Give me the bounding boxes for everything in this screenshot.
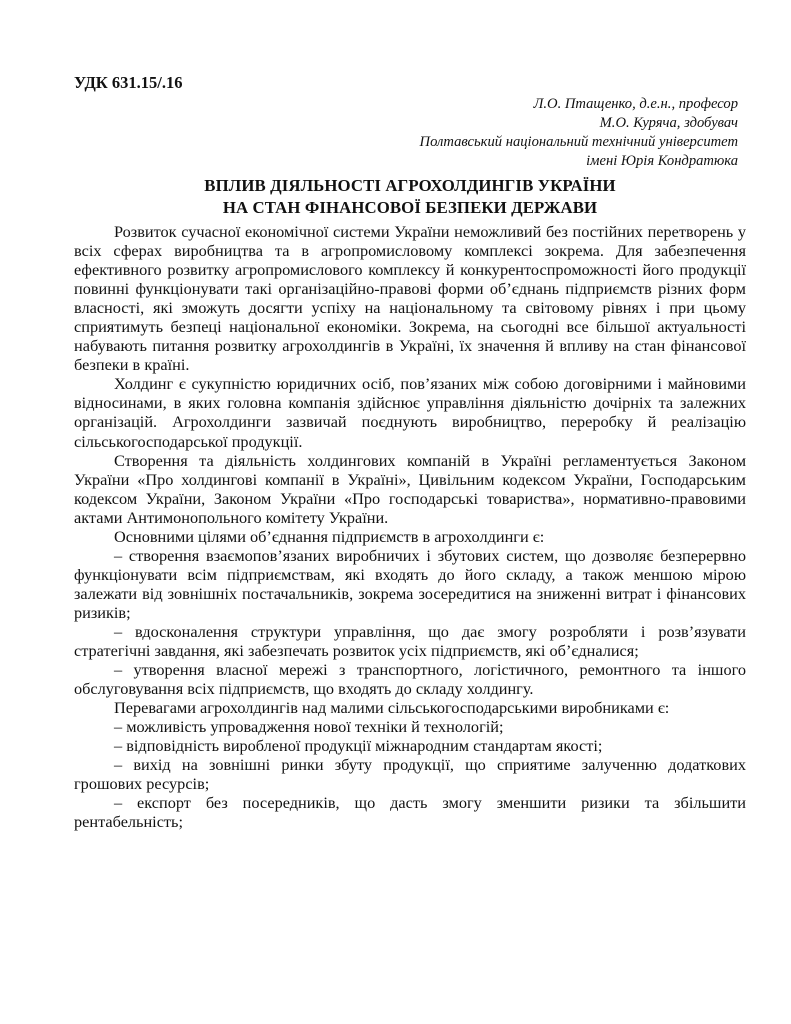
list-item-advantage-4: – експорт без посередників, що дасть змо… bbox=[74, 793, 746, 831]
title-line-2: НА СТАН ФІНАНСОВОЇ БЕЗПЕКИ ДЕРЖАВИ bbox=[74, 197, 746, 219]
author-2: М.О. Куряча, здобувач bbox=[420, 114, 738, 133]
author-1: Л.О. Птащенко, д.е.н., професор bbox=[420, 95, 738, 114]
paragraph-intro: Розвиток сучасної економічної системи Ук… bbox=[74, 222, 746, 374]
article-body: Розвиток сучасної економічної системи Ук… bbox=[74, 222, 746, 832]
list-item-advantage-2: – відповідність виробленої продукції між… bbox=[74, 736, 746, 755]
list-item-goal-3: – утворення власної мережі з транспортно… bbox=[74, 660, 746, 698]
affiliation: Полтавський національний технічний уніве… bbox=[420, 133, 738, 152]
title-line-1: ВПЛИВ ДІЯЛЬНОСТІ АГРОХОЛДИНГІВ УКРАЇНИ bbox=[74, 175, 746, 197]
author-block: Л.О. Птащенко, д.е.н., професор М.О. Кур… bbox=[420, 95, 738, 171]
affiliation-name: імені Юрія Кондратюка bbox=[420, 152, 738, 171]
list-item-advantage-1: – можливість упровадження нової техніки … bbox=[74, 717, 746, 736]
paragraph-advantages-intro: Перевагами агрохолдингів над малими сіль… bbox=[74, 698, 746, 717]
article-title: ВПЛИВ ДІЯЛЬНОСТІ АГРОХОЛДИНГІВ УКРАЇНИ Н… bbox=[74, 175, 746, 219]
paragraph-goals-intro: Основними цілями об’єднання підприємств … bbox=[74, 527, 746, 546]
udk-code: УДК 631.15/.16 bbox=[74, 73, 182, 93]
list-item-goal-1: – створення взаємопов’язаних виробничих … bbox=[74, 546, 746, 622]
list-item-advantage-3: – вихід на зовнішні ринки збуту продукці… bbox=[74, 755, 746, 793]
paragraph-legal-basis: Створення та діяльність холдингових комп… bbox=[74, 451, 746, 527]
list-item-goal-2: – вдосконалення структури управління, що… bbox=[74, 622, 746, 660]
paragraph-holding-definition: Холдинг є сукупністю юридичних осіб, пов… bbox=[74, 374, 746, 450]
